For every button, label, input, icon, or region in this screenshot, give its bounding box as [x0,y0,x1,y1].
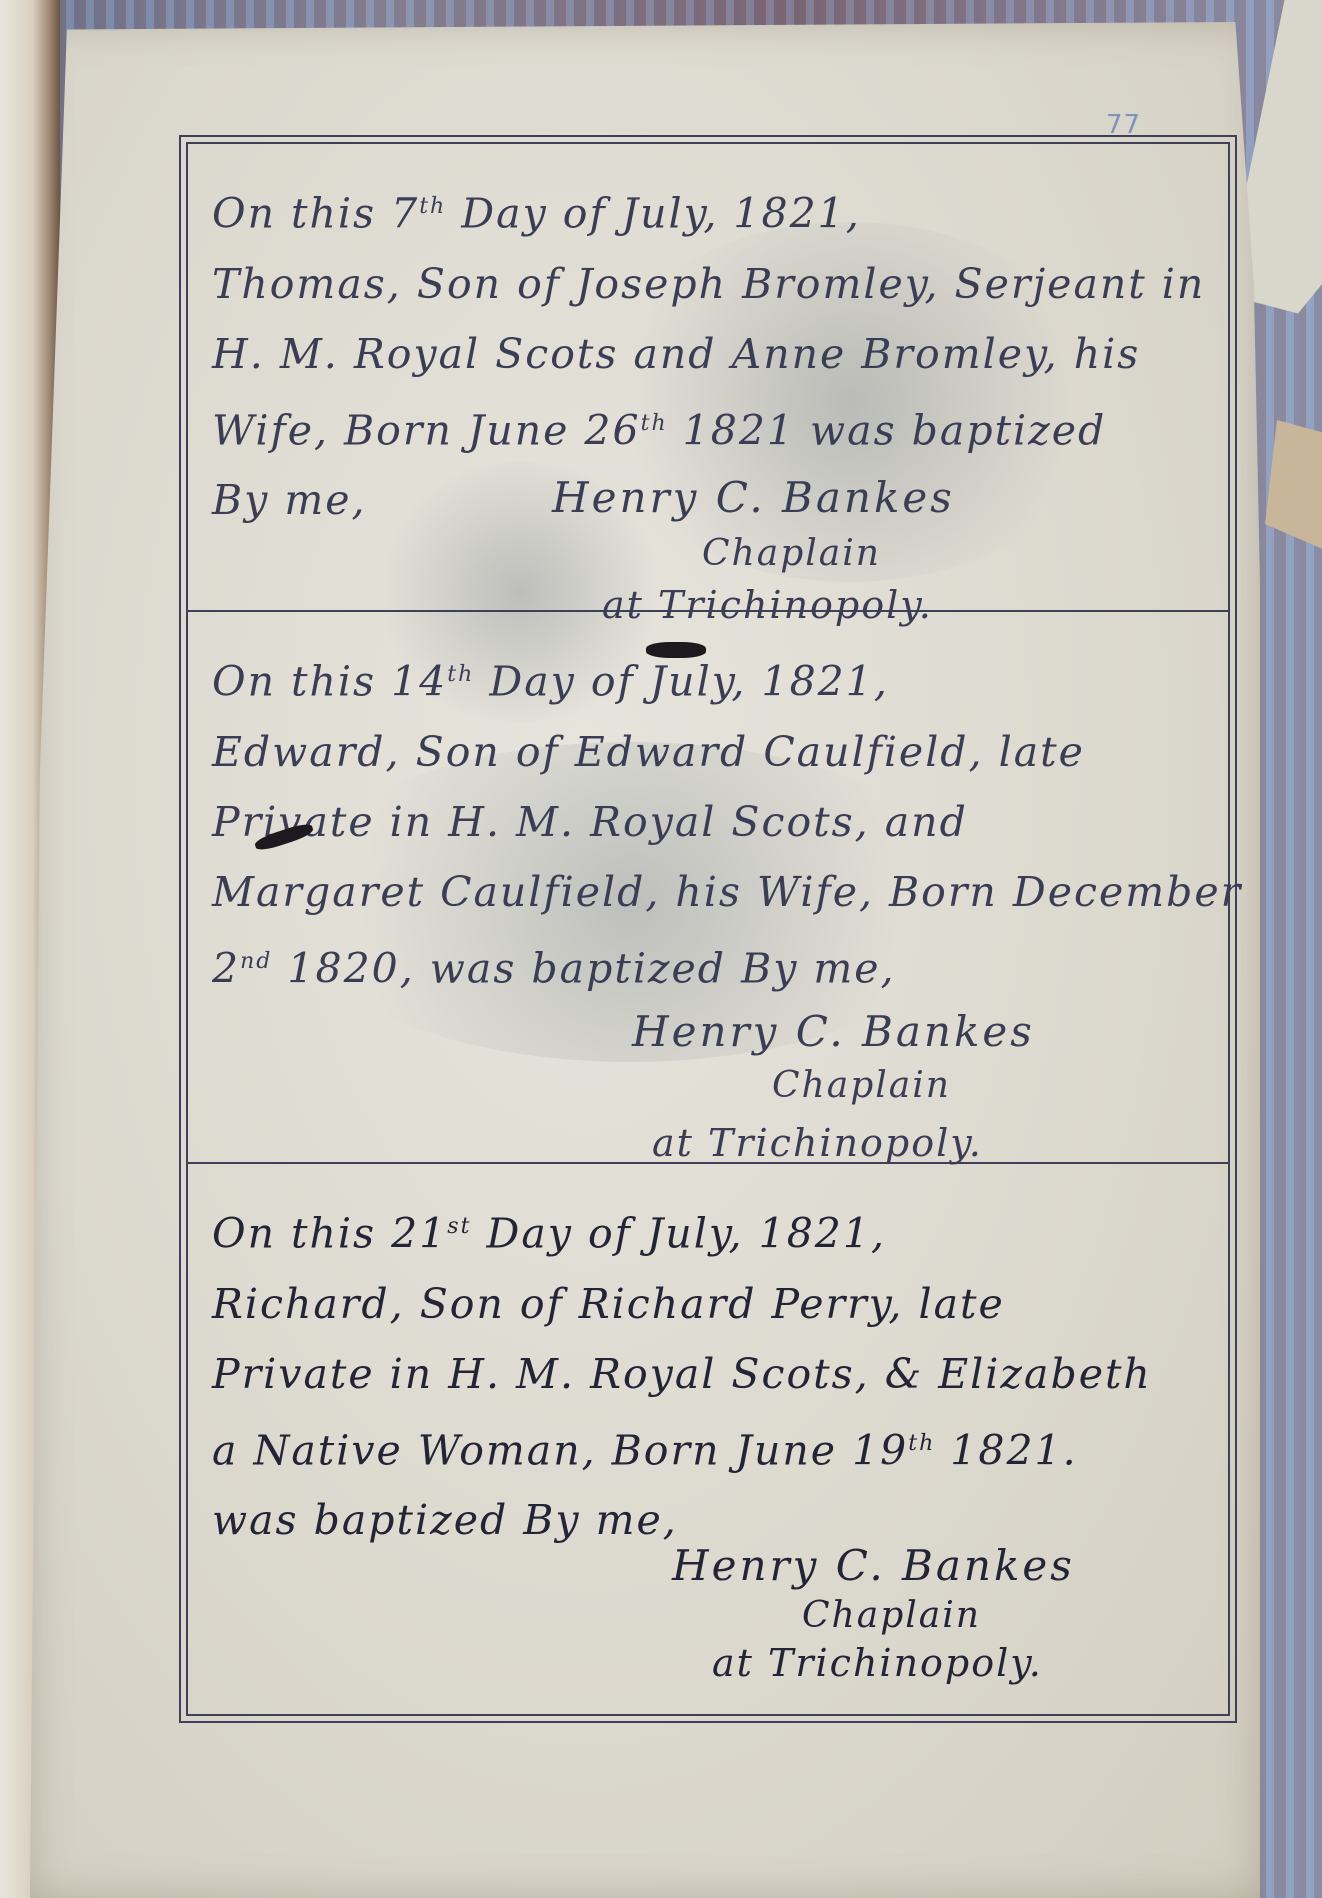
entry-line: On this 7th Day of July, 1821, [212,172,1202,249]
entry-line: Edward, Son of Edward Caulfield, late [212,717,1202,787]
signature-title: Chaplain [772,1065,951,1106]
signature-block: Henry C. Bankes Chaplain at Trichinopoly… [212,1555,1202,1755]
entry-line: On this 14th Day of July, 1821, [212,640,1202,717]
entry-line: Private in H. M. Royal Scots, & Elizabet… [212,1339,1202,1409]
entry-line: Thomas, Son of Joseph Bromley, Serjeant … [212,249,1202,319]
entry-line: Richard, Son of Richard Perry, late [212,1269,1202,1339]
baptism-entry-3: On this 21st Day of July, 1821, Richard,… [188,1164,1228,1714]
entry-line: Margaret Caulfield, his Wife, Born Decem… [212,857,1202,927]
signature-place: at Trichinopoly. [652,1121,983,1165]
signature-title: Chaplain [702,533,881,574]
entry-line: By me, [212,465,367,535]
signature-name: Henry C. Bankes [632,1007,1035,1056]
signature-place: at Trichinopoly. [712,1641,1043,1685]
entry-line: 2nd 1820, was baptized By me, [212,927,1202,1004]
paper-hole [646,642,706,658]
signature-name: Henry C. Bankes [672,1541,1075,1590]
baptism-entry-1: On this 7th Day of July, 1821, Thomas, S… [188,144,1228,612]
baptism-register-frame: On this 7th Day of July, 1821, Thomas, S… [186,142,1230,1716]
entry-line: Wife, Born June 26th 1821 was baptized [212,389,1202,466]
entry-line: On this 21st Day of July, 1821, [212,1192,1202,1269]
baptism-entry-2: On this 14th Day of July, 1821, Edward, … [188,612,1228,1164]
page-number: 77 [1106,110,1141,140]
entry-line: H. M. Royal Scots and Anne Bromley, his [212,319,1202,389]
signature-title: Chaplain [802,1595,981,1636]
signature-name: Henry C. Bankes [552,473,955,522]
entry-line: Private in H. M. Royal Scots, and [212,787,1202,857]
entry-line: a Native Woman, Born June 19th 1821. [212,1409,1202,1486]
